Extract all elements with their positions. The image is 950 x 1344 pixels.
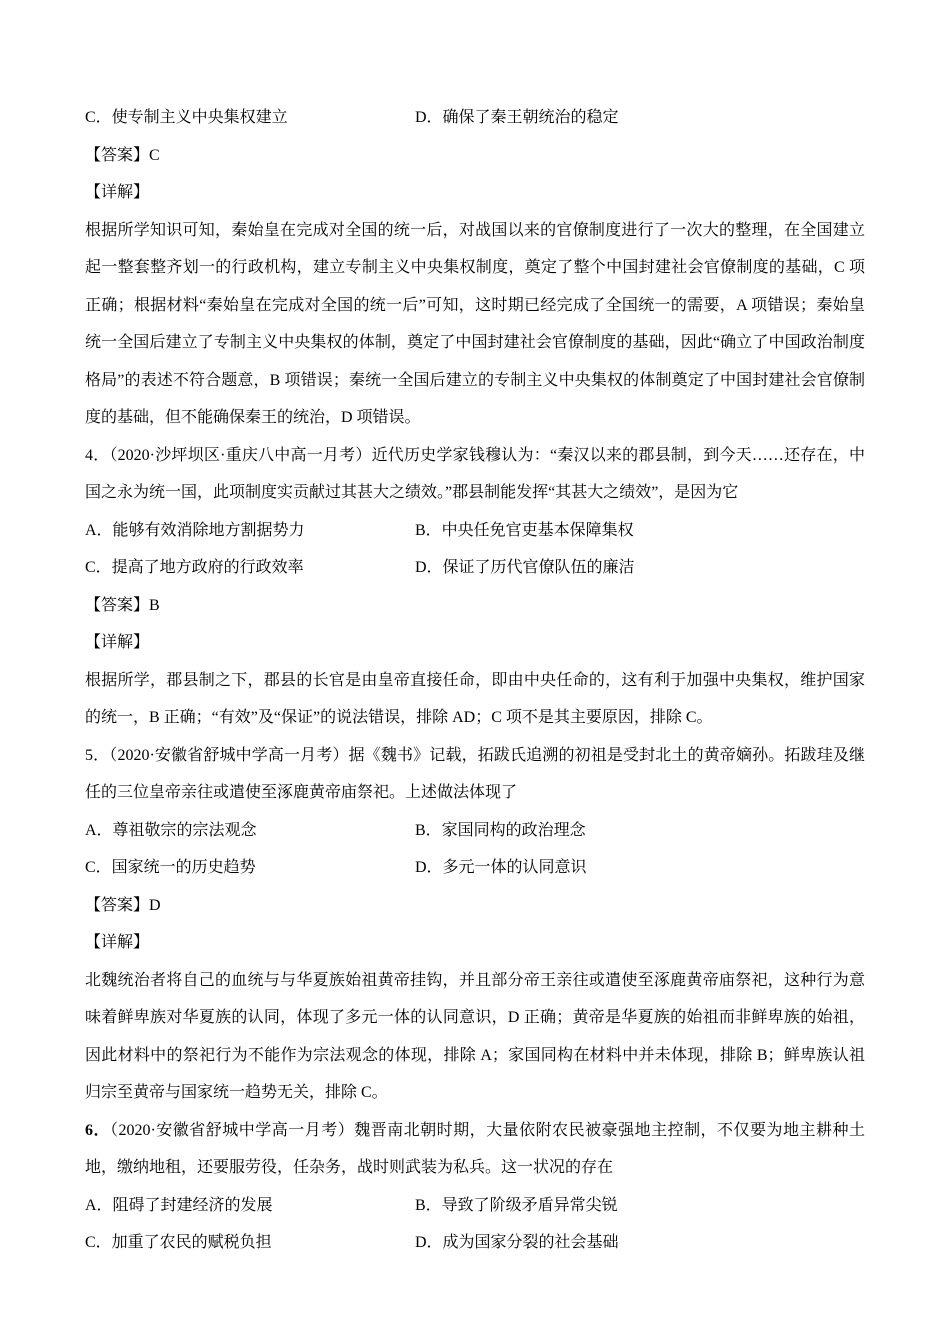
- question-4-option-b: B．中央任免官吏基本保障集权: [415, 512, 865, 550]
- question-3-option-c: C．使专制主义中央集权建立: [85, 99, 415, 137]
- question-4-explanation: 根据所学，郡县制之下，郡县的长官是由皇帝直接任命，即由中央任命的，这有利于加强中…: [85, 662, 865, 737]
- question-5-option-b: B．家国同构的政治理念: [415, 812, 865, 850]
- question-5-options: A．尊祖敬宗的宗法观念 B．家国同构的政治理念 C．国家统一的历史趋势 D．多元…: [85, 812, 865, 887]
- question-5-option-c: C．国家统一的历史趋势: [85, 849, 415, 887]
- question-5-stem-text: （2020·安徽省舒城中学高一月考）据《魏书》记载，拓跋氏追溯的初祖是受封北土的…: [85, 747, 865, 802]
- question-5-detail-label: 【详解】: [85, 924, 865, 962]
- question-4-stem-text: （2020·沙坪坝区·重庆八中高一月考）近代历史学家钱穆认为：“秦汉以来的郡县制…: [85, 447, 865, 502]
- question-5-answer: 【答案】D: [85, 887, 865, 925]
- question-3-answer: 【答案】C: [85, 137, 865, 175]
- answer-label: 【答案】: [85, 147, 149, 164]
- question-4-option-d: D．保证了历代官僚队伍的廉洁: [415, 549, 865, 587]
- question-6: 6．（2020·安徽省舒城中学高一月考）魏晋南北朝时期，大量依附农民被豪强地主控…: [85, 1112, 865, 1262]
- question-3-options: C．使专制主义中央集权建立 D．确保了秦王朝统治的稳定: [85, 99, 865, 137]
- question-6-number: 6．: [85, 1122, 110, 1139]
- question-6-stem: 6．（2020·安徽省舒城中学高一月考）魏晋南北朝时期，大量依附农民被豪强地主控…: [85, 1112, 865, 1187]
- answer-label: 【答案】: [85, 597, 149, 614]
- question-6-options: A．阻碍了封建经济的发展 B．导致了阶级矛盾异常尖锐 C．加重了农民的赋税负担 …: [85, 1187, 865, 1262]
- question-3-explanation: 根据所学知识可知，秦始皇在完成对全国的统一后，对战国以来的官僚制度进行了一次大的…: [85, 212, 865, 437]
- question-5: 5．（2020·安徽省舒城中学高一月考）据《魏书》记载，拓跋氏追溯的初祖是受封北…: [85, 737, 865, 1112]
- question-6-option-b: B．导致了阶级矛盾异常尖锐: [415, 1187, 865, 1225]
- question-5-number: 5．: [85, 747, 109, 764]
- question-6-option-a: A．阻碍了封建经济的发展: [85, 1187, 415, 1225]
- question-4-detail-label: 【详解】: [85, 624, 865, 662]
- answer-value: B: [149, 597, 160, 614]
- question-4-option-a: A．能够有效消除地方割据势力: [85, 512, 415, 550]
- question-6-option-d: D．成为国家分裂的社会基础: [415, 1224, 865, 1262]
- question-4-number: 4．: [85, 447, 109, 464]
- question-5-option-a: A．尊祖敬宗的宗法观念: [85, 812, 415, 850]
- question-4-options: A．能够有效消除地方割据势力 B．中央任免官吏基本保障集权 C．提高了地方政府的…: [85, 512, 865, 587]
- document-page: C．使专制主义中央集权建立 D．确保了秦王朝统治的稳定 【答案】C 【详解】 根…: [0, 0, 950, 1344]
- question-5-explanation: 北魏统治者将自己的血统与与华夏族始祖黄帝挂钩，并且部分帝王亲往或遣使至涿鹿黄帝庙…: [85, 962, 865, 1112]
- question-6-option-c: C．加重了农民的赋税负担: [85, 1224, 415, 1262]
- answer-label: 【答案】: [85, 897, 149, 914]
- question-4-option-c: C．提高了地方政府的行政效率: [85, 549, 415, 587]
- question-3: C．使专制主义中央集权建立 D．确保了秦王朝统治的稳定 【答案】C 【详解】 根…: [85, 99, 865, 437]
- question-4-answer: 【答案】B: [85, 587, 865, 625]
- question-4: 4．（2020·沙坪坝区·重庆八中高一月考）近代历史学家钱穆认为：“秦汉以来的郡…: [85, 437, 865, 737]
- question-3-option-d: D．确保了秦王朝统治的稳定: [415, 99, 865, 137]
- question-5-stem: 5．（2020·安徽省舒城中学高一月考）据《魏书》记载，拓跋氏追溯的初祖是受封北…: [85, 737, 865, 812]
- answer-value: C: [149, 147, 160, 164]
- answer-value: D: [149, 897, 161, 914]
- question-3-detail-label: 【详解】: [85, 174, 865, 212]
- question-4-stem: 4．（2020·沙坪坝区·重庆八中高一月考）近代历史学家钱穆认为：“秦汉以来的郡…: [85, 437, 865, 512]
- question-6-stem-text: （2020·安徽省舒城中学高一月考）魏晋南北朝时期，大量依附农民被豪强地主控制，…: [85, 1122, 865, 1177]
- question-5-option-d: D．多元一体的认同意识: [415, 849, 865, 887]
